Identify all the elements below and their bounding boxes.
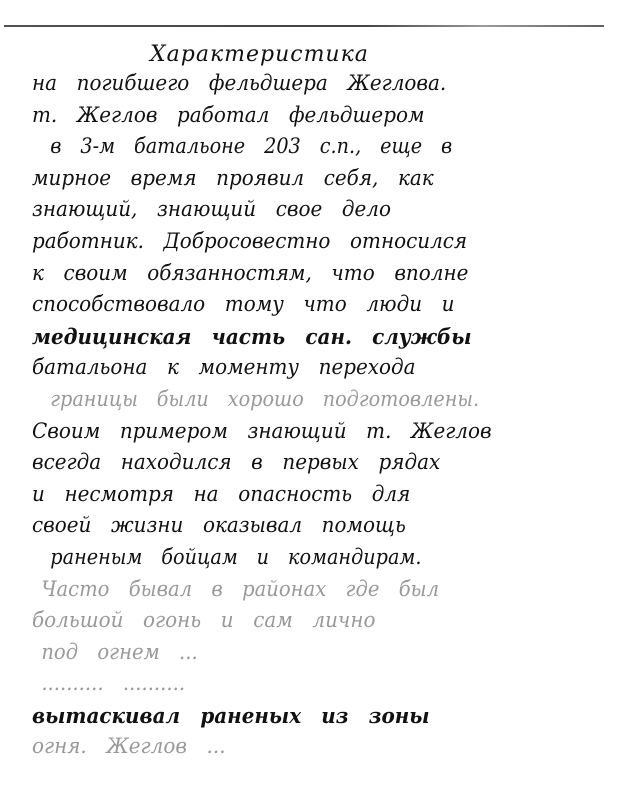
text-line: огня. Жеглов ... xyxy=(32,731,592,763)
text-line: т. Жеглов работал фельдшером xyxy=(32,100,592,132)
text-line: Своим примером знающий т. Жеглов xyxy=(32,416,592,448)
text-line: своей жизни оказывал помощь xyxy=(32,510,592,542)
text-line: в 3-м батальоне 203 с.п., еще в xyxy=(32,131,572,163)
text-line: всегда находился в первых рядах xyxy=(32,447,592,479)
text-line: батальона к моменту перехода xyxy=(32,352,592,384)
text-line: и несмотря на опасность для xyxy=(32,479,592,511)
text-line: на погибшего фельдшера Жеглова. xyxy=(32,68,592,100)
document-title: Характеристика xyxy=(150,42,369,67)
text-line: к своим обязанностям, что вполне xyxy=(32,258,592,290)
handwritten-body: на погибшего фельдшера Жеглова.т. Жеглов… xyxy=(32,68,622,763)
text-line: раненым бойцам и командирам. xyxy=(32,542,572,574)
text-line: под огнем ... xyxy=(32,637,582,669)
text-line: мирное время проявил себя, как xyxy=(32,163,592,195)
text-line: знающий, знающий свое дело xyxy=(32,194,592,226)
top-rule-line xyxy=(4,25,604,27)
text-line: медицинская часть сан. службы xyxy=(32,321,592,353)
text-line: .......... .......... xyxy=(32,668,582,700)
text-line: Часто бывал в районах где был xyxy=(32,574,582,606)
text-line: большой огонь и сам лично xyxy=(32,605,592,637)
text-line: вытаскивал раненых из зоны xyxy=(32,700,592,732)
text-line: границы были хорошо подготовлены. xyxy=(32,384,572,416)
text-line: способствовало тому что люди и xyxy=(32,289,592,321)
text-line: работник. Добросовестно относился xyxy=(32,226,592,258)
